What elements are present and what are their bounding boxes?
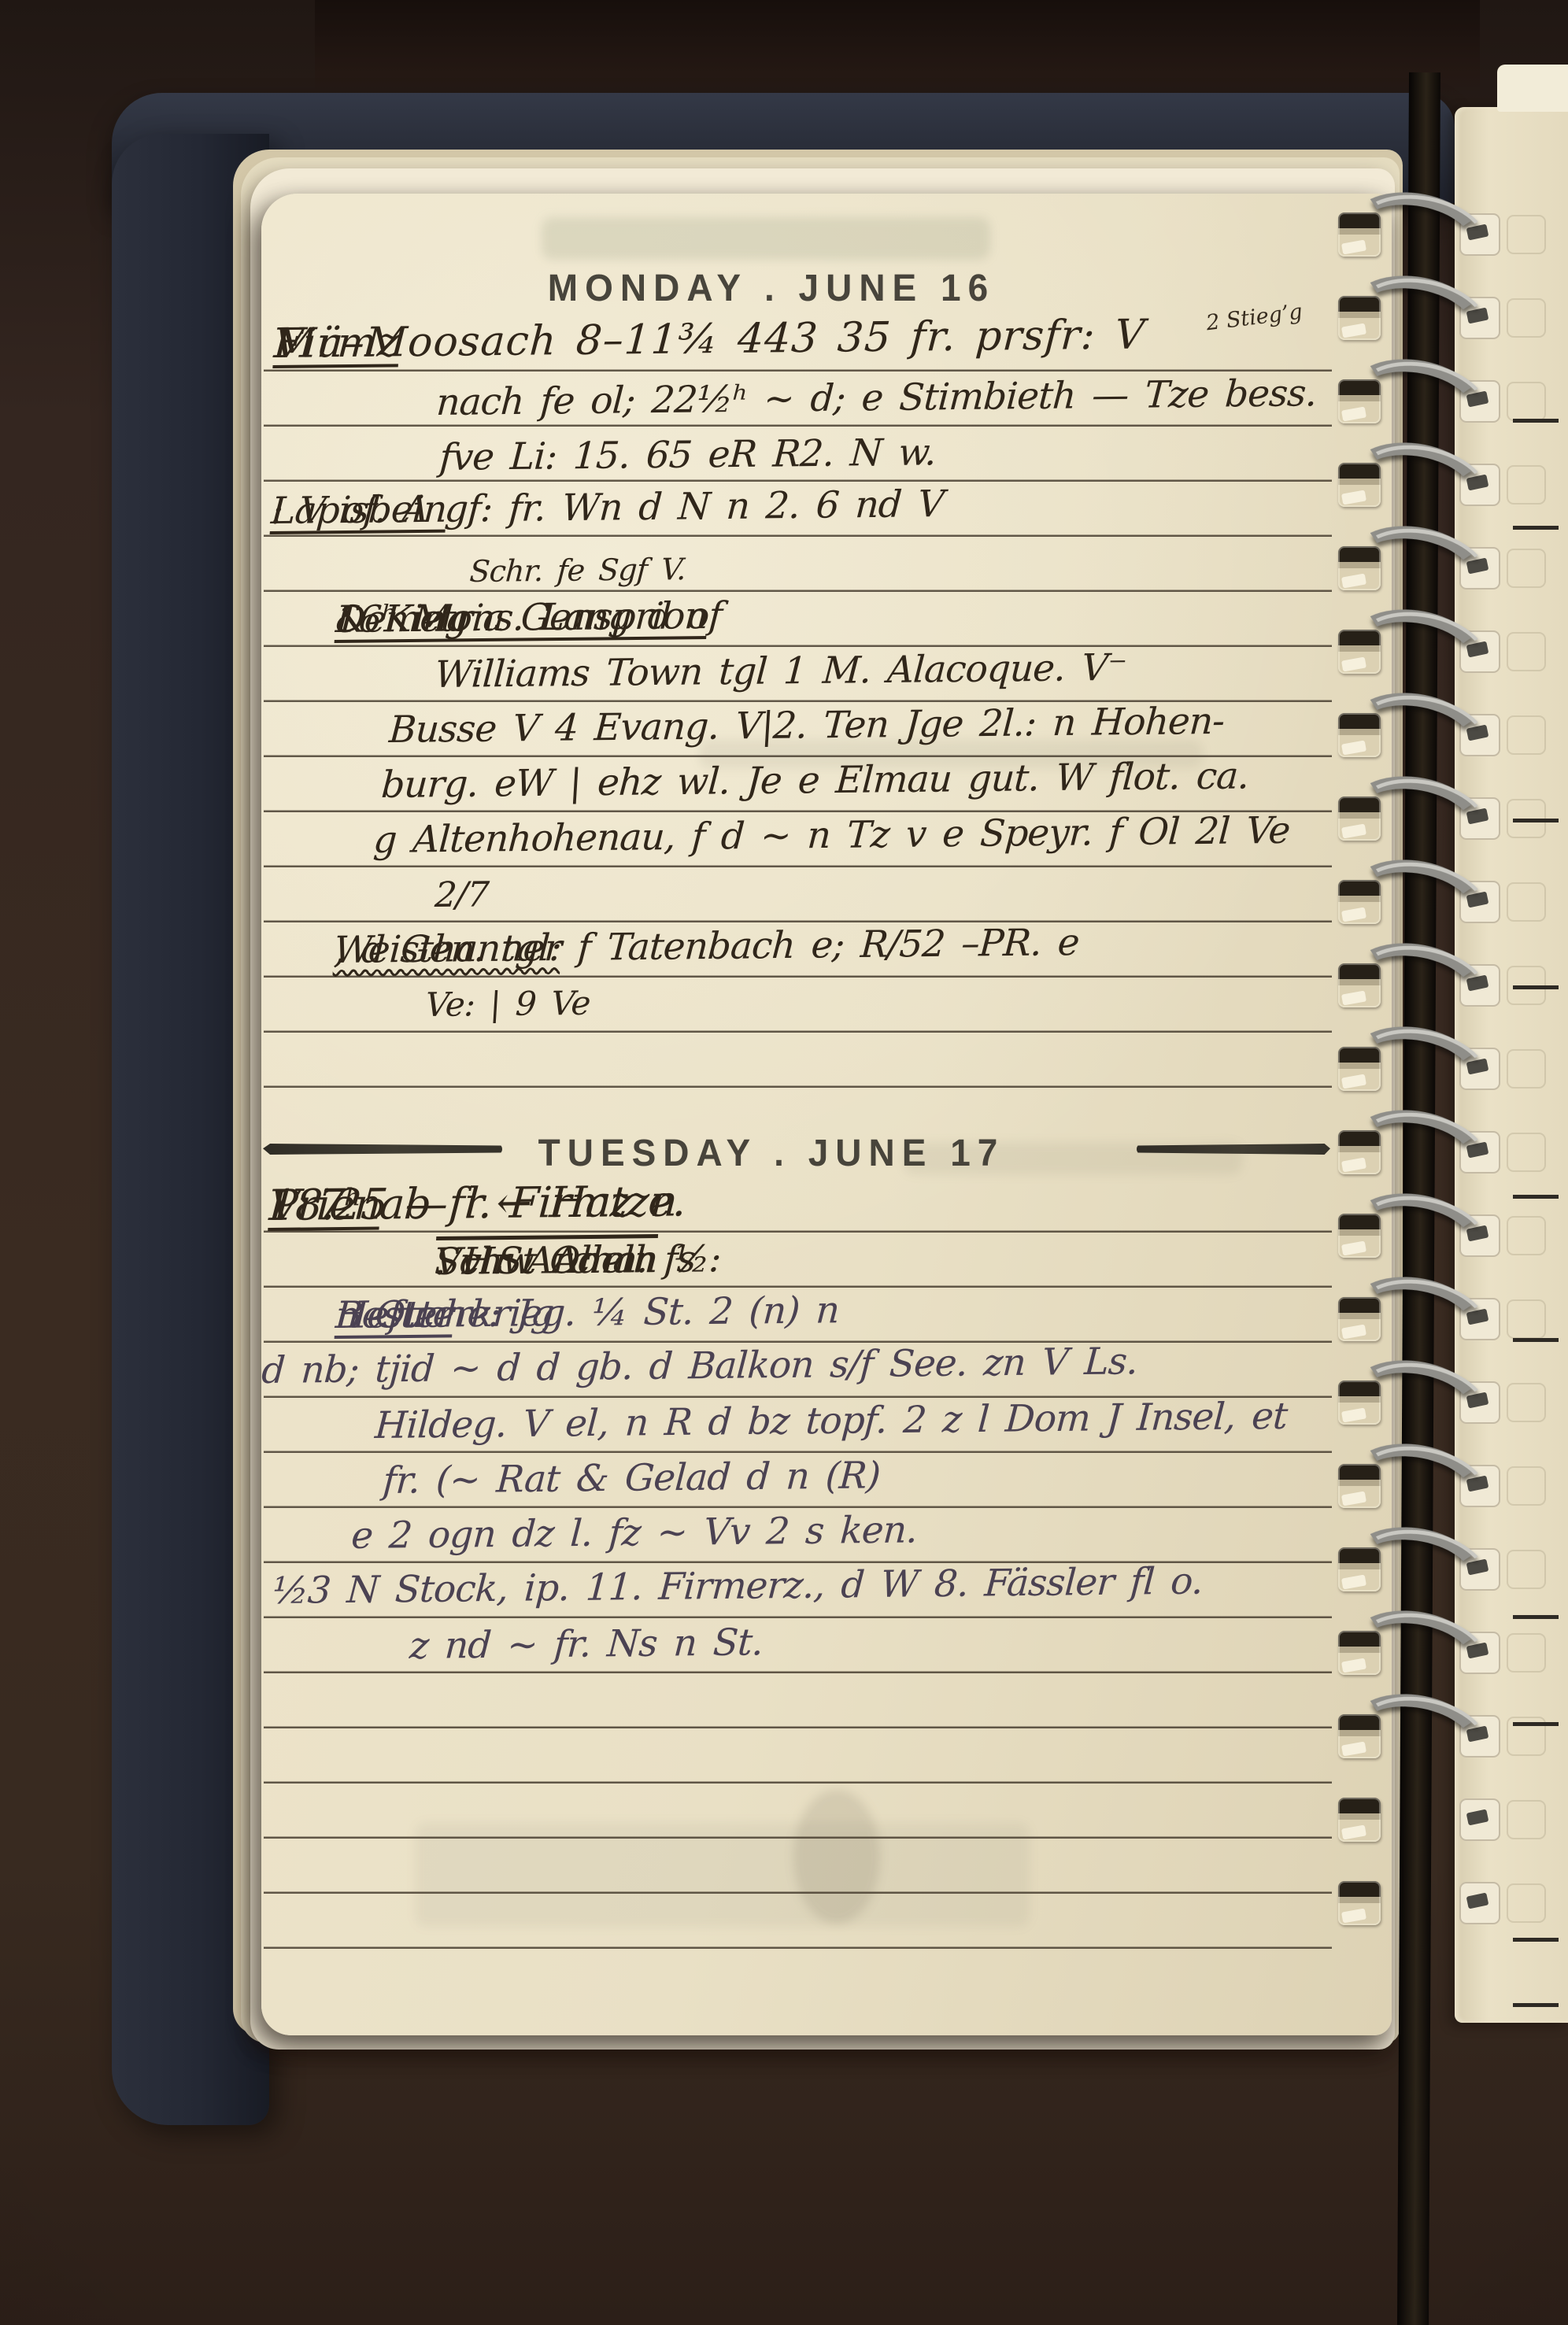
ink-showthrough [542,217,990,260]
handwriting-text: n Otterkrieg. ¼ St. 2 (n) n [335,1288,841,1338]
punch-hole-embossed [1507,1299,1546,1339]
ruling-end-dash [1513,1195,1559,1199]
ruling-end-dash [1513,2003,1559,2007]
punch-hole-embossed [1507,1883,1546,1923]
handwriting-text: . Hr Archan ½: [434,1237,723,1284]
punch-hole-embossed [1507,382,1546,421]
punch-hole-embossed [1507,1550,1546,1589]
handwriting-text: Schr. fe Sgf V. [468,552,686,590]
punch-hole-embossed [1507,1633,1546,1673]
punch-hole-embossed [1507,882,1546,922]
punch-hole-embossed [1507,715,1546,755]
handwriting-text: nach fe ol; 22½ʰ ~ d; e Stimbieth — Tze … [435,371,1318,425]
punch-hole-embossed [1507,298,1546,338]
page-corner-sliver [1497,65,1568,112]
handwriting-text: Williams Town tgl 1 M. Alacoque. V⁻ [434,646,1128,698]
handwriting-text: burg. eW | ehz wl. Je e Elmau gut. W flo… [380,754,1250,808]
punch-hole [1338,1881,1381,1925]
handwriting-text: e 2 ogn dz l. fz ~ Vv 2 s ken. [350,1508,919,1558]
handwriting-text: : V of. A gf: fr. Wn d N n 2. 6 nd V [270,482,945,534]
punch-hole-embossed [1507,549,1546,588]
ruling-end-dash [1513,1722,1559,1726]
ruling-end-dash [1513,1615,1559,1619]
handwriting-text: Mü–Moosach 8–11¾ 443 35 fr. prsfr: V [272,310,1147,368]
punch-hole [1459,1798,1500,1841]
diary-photo: MONDAY . JUNE 16 TUESDAY . JUNE 17 2 Sti… [0,0,1568,2325]
handwriting-text: fve Li: 15. 65 eR R2. N w. [438,431,937,480]
ruling-end-dash [1513,419,1559,423]
diary-page: MONDAY . JUNE 16 TUESDAY . JUNE 17 2 Sti… [261,194,1392,2035]
punch-hole-embossed [1507,215,1546,254]
punch-hole-embossed [1507,1466,1546,1506]
punch-hole-embossed [1507,1800,1546,1839]
punch-hole-embossed [1507,465,1546,505]
punch-hole-embossed [1507,1049,1546,1089]
handwriting-text: 18.25 — l ← Hatze. [268,1176,687,1231]
punch-hole [1338,1798,1381,1842]
handwriting-text: , d Gen. tgl: f Tatenbach e; R/52 –PR. e [333,921,1081,973]
punch-hole-embossed [1507,1383,1546,1422]
ruling-end-dash [1513,985,1559,989]
punch-hole-embossed [1507,1133,1546,1172]
ruling-end-dash [1513,819,1559,822]
handwriting-text: Ve: | 9 Ve [424,984,591,1026]
punch-hole [1459,1882,1500,1924]
day-header-tuesday: TUESDAY . JUNE 17 [261,1130,1281,1175]
handwriting-text: d nb; tjid ~ d d gb. d Balkon s/f See. z… [261,1340,1139,1393]
punch-hole-embossed [1507,1216,1546,1255]
handwriting-text: z nd ~ fr. Ns n St. [409,1621,764,1669]
ruling-end-dash [1513,1338,1559,1342]
ruling-end-dash [1513,1938,1559,1942]
day-header-monday: MONDAY . JUNE 16 [261,265,1281,310]
cover-top-shadow [315,0,1480,93]
ruling-end-dash [1513,526,1559,530]
handwriting-text: fr. (~ Rat & Gelad d n (R) [382,1454,882,1503]
handwriting-text: Busse V 4 Evang. V|2. Ten Jge 2l.: n Hoh… [388,700,1226,752]
handwriting-text: & King [335,597,470,642]
punch-hole-embossed [1507,632,1546,671]
handwriting-text: 2/7 [434,874,490,917]
